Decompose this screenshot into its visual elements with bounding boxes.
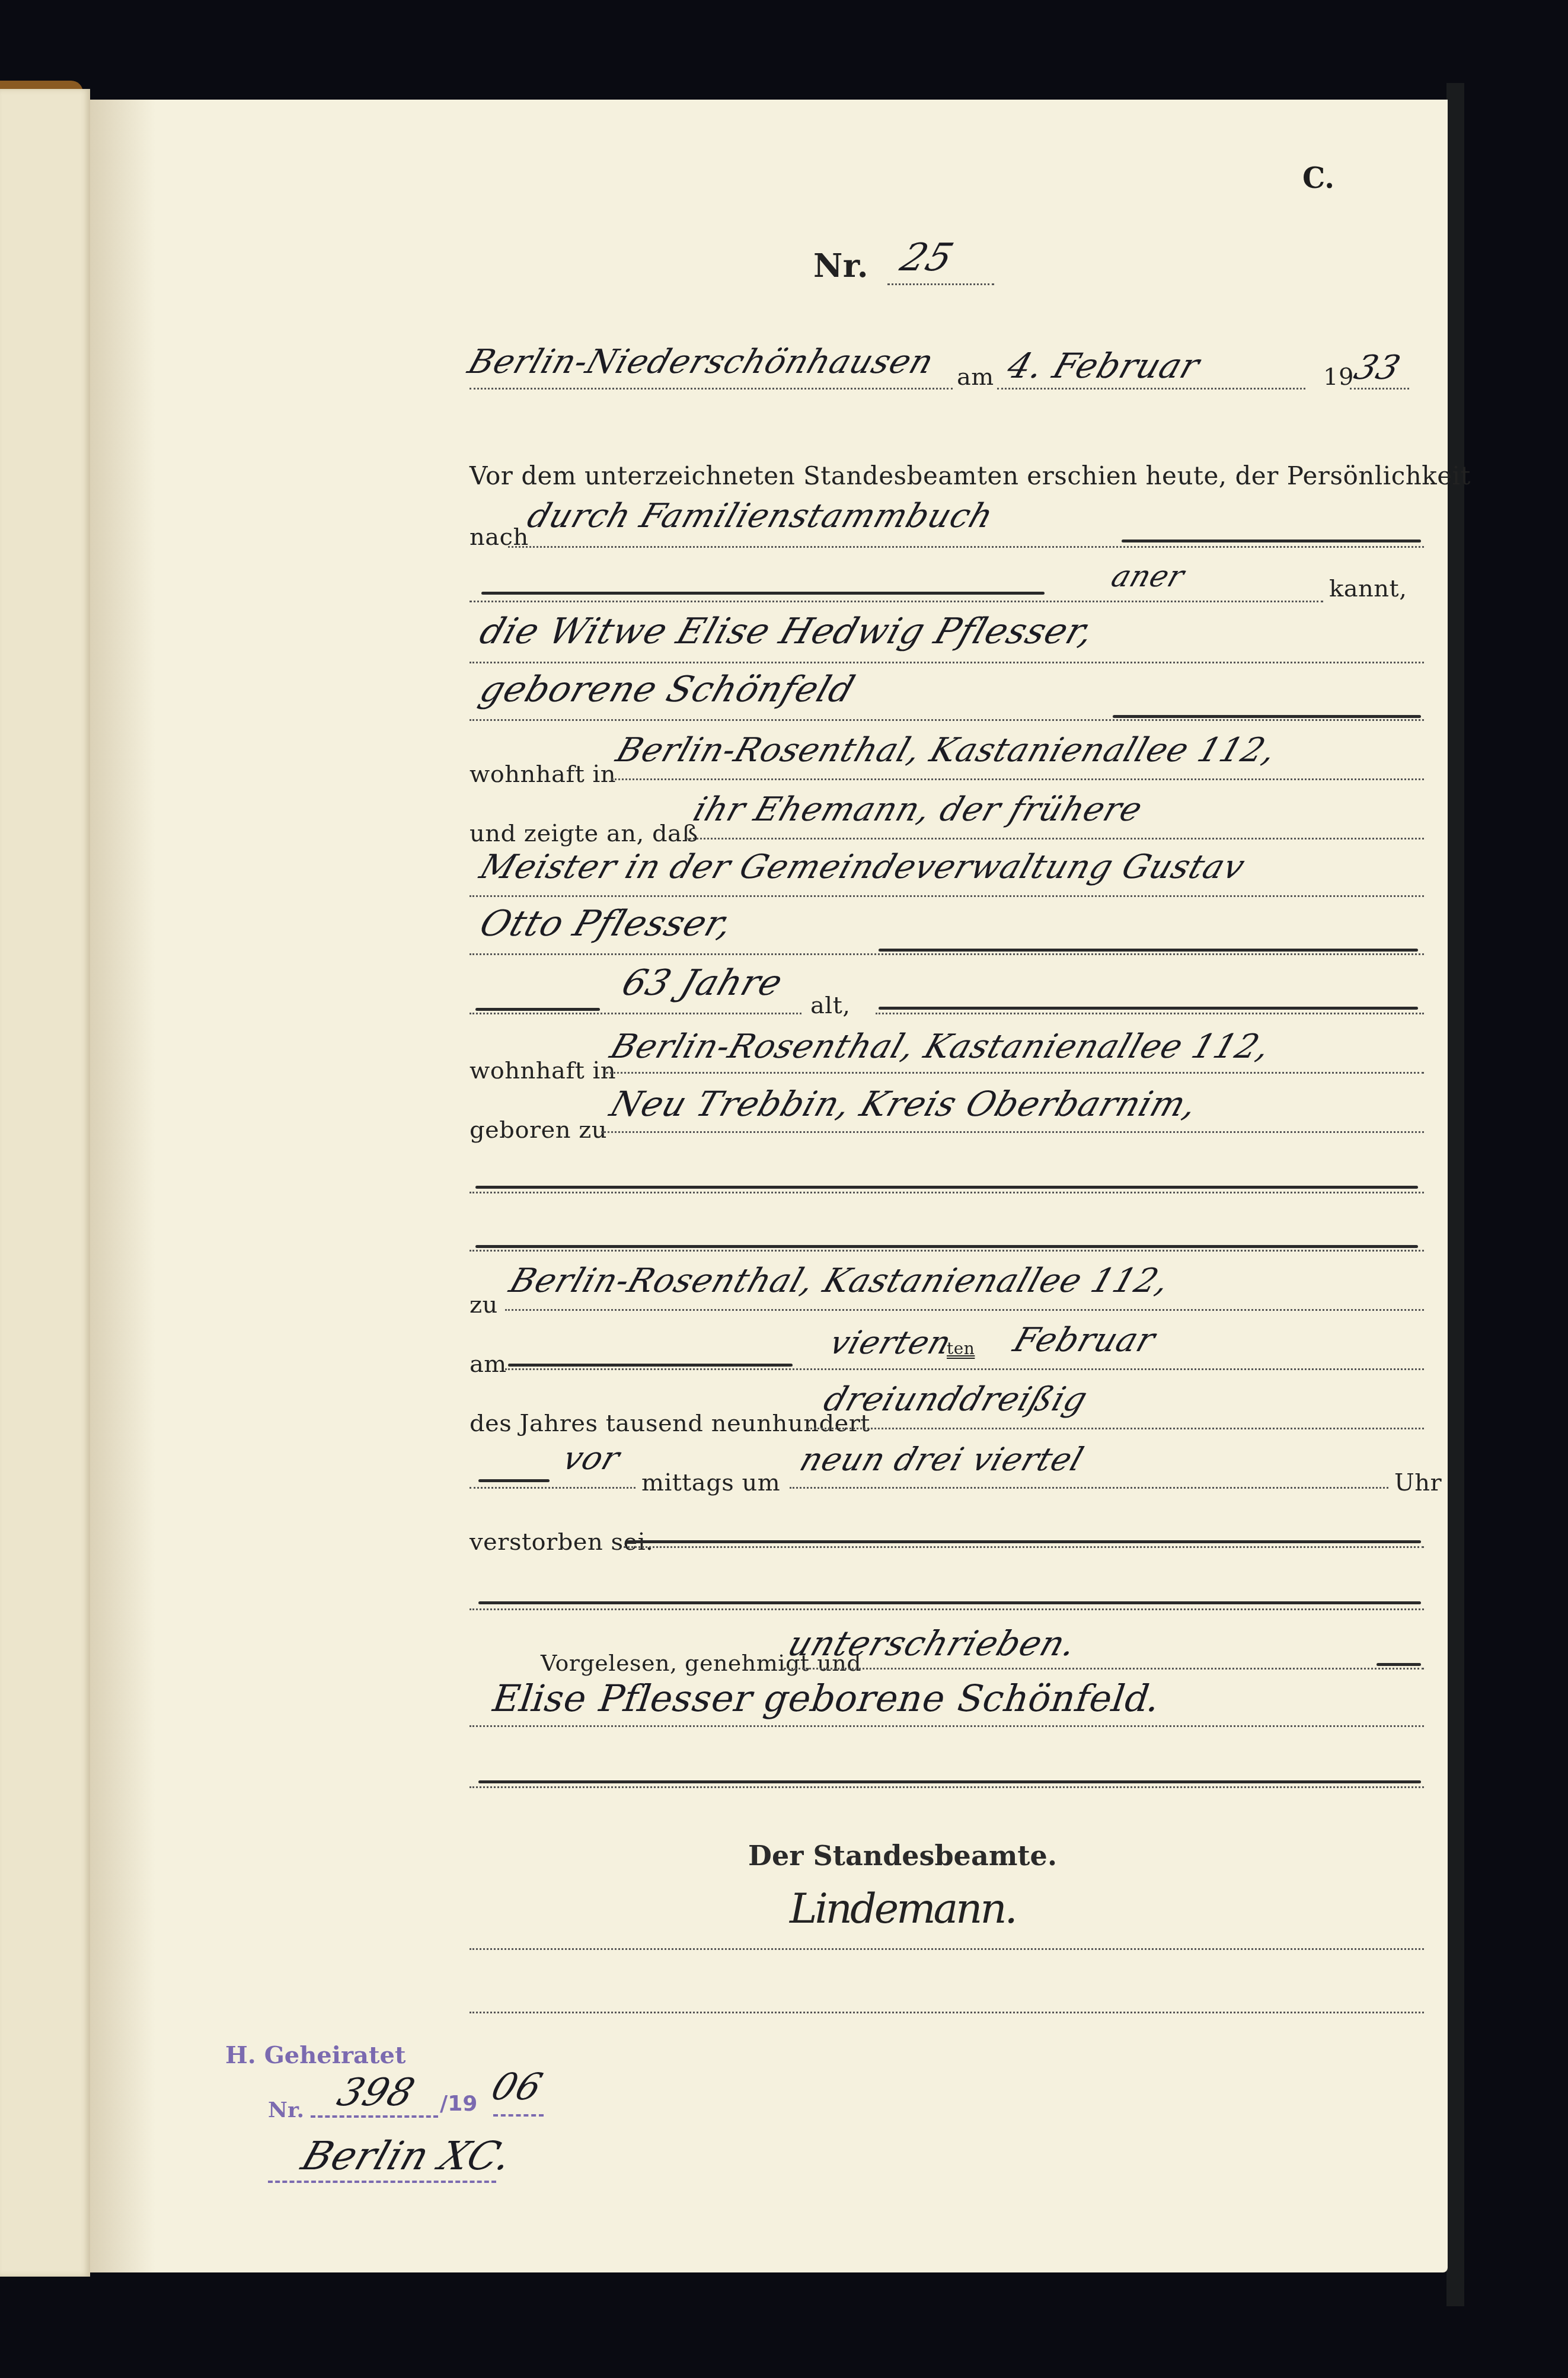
fill-dash [481, 592, 1045, 595]
mittags-label: mittags um [641, 1469, 780, 1496]
vor-value: vor [558, 1439, 625, 1477]
birthplace: Neu Trebbin, Kreis Oberbarnim, [605, 1084, 1203, 1124]
fill-dash [478, 1780, 1421, 1783]
birthplace-line [601, 1131, 1424, 1133]
fill-dash [508, 1364, 793, 1367]
age-line [470, 1013, 801, 1014]
official-signature: Lindemann. [790, 1884, 1015, 1933]
blank-line [470, 1786, 1424, 1788]
official-title: Der Standesbeamte. [748, 1840, 1057, 1872]
place-line [470, 388, 953, 390]
stamp-year-value: 06 [486, 2065, 548, 2108]
deceased-residence-line [606, 1072, 1424, 1074]
death-place-line [505, 1309, 1424, 1311]
death-place: Berlin-Rosenthal, Kastanienallee 112, [504, 1262, 1174, 1300]
blank-line [470, 2012, 1424, 2013]
informant-signature: Elise Pflesser geborene Schönfeld. [486, 1677, 1168, 1720]
official-signature-line [470, 1948, 1424, 1950]
date-line [997, 388, 1305, 390]
deceased-line-3 [470, 953, 1424, 955]
vor-line [470, 1487, 635, 1489]
geboren-label: geboren zu [470, 1116, 607, 1144]
informant-line-1 [470, 662, 1424, 663]
stamp-nr-label: Nr. [268, 2098, 304, 2122]
book-cover-edge [1446, 83, 1464, 2306]
fill-dash [1122, 540, 1421, 542]
death-time-line [790, 1487, 1388, 1489]
fill-dash [478, 1601, 1421, 1604]
fill-dash [478, 1479, 550, 1482]
und-zeigte-label: und zeigte an, daß [470, 820, 698, 847]
deceased-age: 63 Jahre [617, 962, 788, 1004]
zu-label: zu [470, 1291, 498, 1319]
entry-number: 25 [895, 236, 959, 280]
deceased-residence: Berlin-Rosenthal, Kastanienallee 112, [605, 1027, 1275, 1066]
residence-line [612, 778, 1424, 780]
known-value: aner [1107, 559, 1189, 593]
verstorben-line [624, 1546, 1424, 1548]
corner-letter: C. [1302, 162, 1334, 195]
deceased-residence-label: wohnhaft in [470, 1057, 616, 1084]
informant-name: die Witwe Elise Hedwig Pflesser, [475, 611, 1100, 652]
stamp-underline [268, 2181, 496, 2183]
stamp-nr-line [311, 2115, 438, 2118]
informant-maiden-name: geborene Schönfeld [475, 669, 860, 710]
am-death-label: am [470, 1351, 507, 1378]
stamp-place: Berlin XC. [296, 2133, 518, 2179]
ten-suffix: ten [947, 1339, 975, 1358]
deceased-relation: ihr Ehemann, der frühere [688, 790, 1147, 829]
deceased-name: Otto Pflesser, [475, 903, 739, 944]
known-line [470, 601, 1323, 602]
fill-dash [627, 1540, 1421, 1543]
register-page: C. Nr. 25 Berlin-Niederschönhausen am 4.… [90, 100, 1448, 2272]
number-line [887, 283, 994, 285]
year-line [1350, 388, 1409, 390]
stamp-year-prefix: /19 [440, 2092, 477, 2116]
verstorben-label: verstorben sei. [470, 1528, 653, 1556]
informant-signature-line [470, 1725, 1424, 1727]
known-label: kannt, [1329, 575, 1407, 602]
deceased-line-2 [470, 895, 1424, 897]
death-month: Februar [1008, 1321, 1160, 1359]
informant-residence: Berlin-Rosenthal, Kastanienallee 112, [611, 731, 1281, 770]
intro-text: Vor dem unterzeichneten Standesbeamten e… [470, 461, 1471, 490]
nach-line [508, 546, 1424, 548]
fill-dash [475, 1008, 600, 1011]
age-line-rest [876, 1013, 1424, 1014]
number-label: Nr. [813, 247, 868, 285]
informant-line-2 [470, 719, 1424, 721]
blank-line [470, 1250, 1424, 1252]
death-date-line [505, 1368, 1424, 1370]
announcement-line [686, 838, 1424, 840]
marriage-stamp-title: H. Geheiratet [225, 2041, 405, 2069]
death-year: dreiunddreißig [819, 1380, 1093, 1419]
fill-dash [879, 1007, 1418, 1010]
death-day: vierten [825, 1324, 956, 1361]
left-page-edge [0, 89, 90, 2277]
fill-dash [1113, 715, 1421, 718]
unterschrieben-value: unterschrieben. [783, 1623, 1082, 1664]
fill-dash [1377, 1663, 1421, 1666]
death-time: neun drei viertel [796, 1441, 1088, 1478]
blank-line [470, 1192, 1424, 1193]
registration-year: 33 [1349, 349, 1405, 387]
stamp-nr-value: 398 [332, 2071, 420, 2115]
fill-dash [475, 1245, 1418, 1248]
gutter-shadow [90, 100, 155, 2272]
death-year-line [807, 1428, 1424, 1429]
blank-line [470, 1608, 1424, 1610]
registration-date: 4. Februar [1002, 346, 1205, 386]
approval-line [784, 1668, 1424, 1670]
fill-dash [475, 1186, 1418, 1189]
deceased-occupation: Meister in der Gemeindeverwaltung Gustav [475, 848, 1250, 886]
stamp-year-line [493, 2114, 544, 2117]
year-text-label: des Jahres tausend neunhundert [470, 1410, 870, 1437]
am-label: am [957, 363, 994, 391]
uhr-label: Uhr [1394, 1469, 1442, 1496]
wohnhaft-label: wohnhaft in [470, 761, 616, 788]
alt-label: alt, [810, 992, 850, 1019]
identity-basis: durch Familienstammbuch [522, 497, 998, 535]
registry-place: Berlin-Niederschönhausen [463, 343, 938, 381]
fill-dash [879, 949, 1418, 952]
